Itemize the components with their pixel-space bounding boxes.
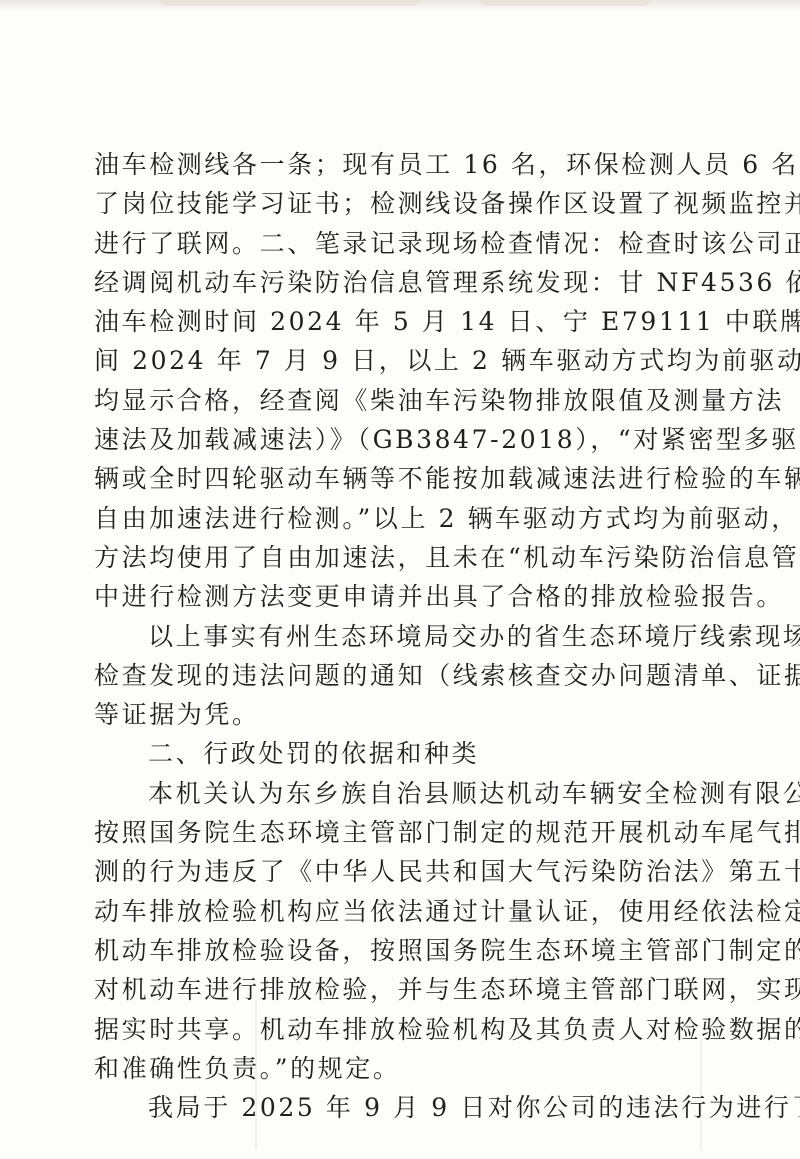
text-line: 测的行为违反了《中华人民共和国大气污染防治法》第五十四条“机 [94,852,714,891]
text-line: 速法及加载减速法）》（GB3847-2018），“对紧密型多驱动轴车 [94,420,714,459]
text-line: 检查发现的违法问题的通知（线索核查交办问题清单、证据资料） [94,656,714,695]
text-line: 间 2024 年 7 月 9 日，以上 2 辆车驱动方式均为前驱动，检测结果 [94,341,714,380]
text-line: 据实时共享。机动车排放检验机构及其负责人对检验数据的真实性 [94,1010,714,1049]
section-heading: 二、行政处罚的依据和种类 [94,734,714,773]
paragraph-start: 以上事实有州生态环境局交办的省生态环境厅线索现场核查 [94,617,714,656]
text-line: 辆或全时四轮驱动车辆等不能按加载减速法进行检验的车辆可按 [94,459,714,498]
text-line: 油车检测线各一条；现有员工 16 名，环保检测人员 6 名，均办理 [94,145,714,184]
text-line: 等证据为凭。 [94,695,714,734]
scanned-page-top-edge [0,0,800,10]
text-line: 对机动车进行排放检验，并与生态环境主管部门联网，实现检验数 [94,970,714,1009]
document-body: 油车检测线各一条；现有员工 16 名，环保检测人员 6 名，均办理 了岗位技能学… [94,145,714,1127]
text-line: 动车排放检验机构应当依法通过计量认证，使用经依法检定合格的 [94,892,714,931]
text-line: 油车检测时间 2024 年 5 月 14 日、宁 E79111 中联牌柴油车检测… [94,302,714,341]
text-line: 自由加速法进行检测。”以上 2 辆车驱动方式均为前驱动，但检测 [94,499,714,538]
text-line: 中进行检测方法变更申请并出具了合格的排放检验报告。 [94,577,714,616]
paper-edge-shadow [160,0,420,6]
paragraph-start: 本机关认为东乡族自治县顺达机动车辆安全检测有限公司不 [94,774,714,813]
text-line: 经调阅机动车污染防治信息管理系统发现：甘 NF4536 依维柯牌柴 [94,263,714,302]
text-line: 按照国务院生态环境主管部门制定的规范开展机动车尾气排放检 [94,813,714,852]
text-line: 均显示合格，经查阅《柴油车污染物排放限值及测量方法（自由加 [94,381,714,420]
paragraph-start: 我局于 2025 年 9 月 9 日对你公司的违法行为进行了立案，10 [94,1088,714,1127]
text-line: 方法均使用了自由加速法，且未在“机动车污染防治信息管理系统” [94,538,714,577]
text-line: 进行了联网。二、笔录记录现场检查情况：检查时该公司正在运营， [94,224,714,263]
text-line: 了岗位技能学习证书；检测线设备操作区设置了视频监控并与省州 [94,184,714,223]
text-line: 机动车排放检验设备，按照国务院生态环境主管部门制定的规范， [94,931,714,970]
text-line: 和准确性负责。”的规定。 [94,1049,714,1088]
paper-edge-shadow [480,0,650,6]
